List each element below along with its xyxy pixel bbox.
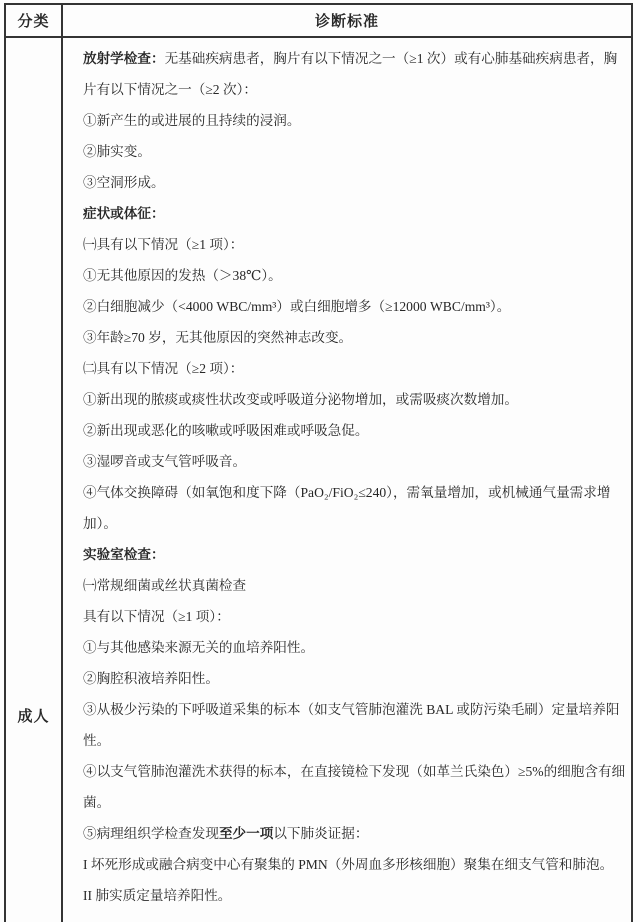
criteria-line: ③湿啰音或支气管呼吸音。 <box>83 446 627 477</box>
criteria-line: ①与其他感染来源无关的血培养阳性。 <box>83 632 627 663</box>
criteria-line: ㈠具有以下情况（≥1 项）： <box>83 229 627 260</box>
criteria-line: ①无其他原因的发热（＞38℃）。 <box>83 260 627 291</box>
text-segment: ⑤病理组织学检查发现 <box>83 826 219 841</box>
criteria-line: ①新出现的脓痰或痰性状改变或呼吸道分泌物增加，或需吸痰次数增加。 <box>83 384 627 415</box>
text-segment: ①新产生的或进展的且持续的浸润。 <box>83 113 301 128</box>
table-header-row: 分类 诊断标准 <box>6 5 631 38</box>
criteria-line: ②新出现或恶化的咳嗽或呼吸困难或呼吸急促。 <box>83 415 627 446</box>
criteria-line: ②肺实变。 <box>83 136 627 167</box>
text-segment: 实验室检查： <box>83 547 165 562</box>
text-segment: ③空洞形成。 <box>83 175 165 190</box>
text-segment: ①无其他原因的发热（＞38℃）。 <box>83 268 282 283</box>
text-segment: ④气体交换障碍（如氧饱和度下降（PaO₂/FiO₂≤240），需氧量增加，或机械… <box>83 485 610 531</box>
text-segment: ②白细胞减少（<4000 WBC/mm³）或白细胞增多（≥12000 WBC/m… <box>83 299 510 314</box>
criteria-line: ③年龄≥70 岁，无其他原因的突然神志改变。 <box>83 322 627 353</box>
text-segment: ②胸腔积液培养阳性。 <box>83 671 219 686</box>
column-header-category: 分类 <box>6 5 63 36</box>
text-segment: ㈠具有以下情况（≥1 项）： <box>83 237 243 252</box>
text-segment: ③年龄≥70 岁，无其他原因的突然神志改变。 <box>83 330 352 345</box>
criteria-line: II 肺实质定量培养阳性。 <box>83 880 627 911</box>
criteria-line: 具有以下情况（≥1 项）： <box>83 601 627 632</box>
text-segment: ㈡具有以下情况（≥2 项）： <box>83 361 243 376</box>
text-segment: ③从极少污染的下呼吸道采集的标本（如支气管肺泡灌洗 BAL 或防污染毛刷）定量培… <box>83 702 619 748</box>
criteria-cell: 放射学检查：无基础疾病患者，胸片有以下情况之一（≥1 次）或有心肺基础疾病患者，… <box>63 38 631 922</box>
criteria-line: ㈡具有以下情况（≥2 项）： <box>83 353 627 384</box>
criteria-line: 实验室检查： <box>83 539 627 570</box>
criteria-line: ③空洞形成。 <box>83 167 627 198</box>
category-label-adult: 成人 <box>6 707 61 727</box>
criteria-line: ④以支气管肺泡灌洗术获得的标本，在直接镜检下发现（如革兰氏染色）≥5%的细胞含有… <box>83 756 627 818</box>
criteria-line: ⑤病理组织学检查发现至少一项以下肺炎证据： <box>83 818 627 849</box>
criteria-line: 放射学检查：无基础疾病患者，胸片有以下情况之一（≥1 次）或有心肺基础疾病患者，… <box>83 43 627 105</box>
criteria-line: 症状或体征： <box>83 198 627 229</box>
table-body-row: 成人 放射学检查：无基础疾病患者，胸片有以下情况之一（≥1 次）或有心肺基础疾病… <box>6 38 631 922</box>
criteria-line: ③从极少污染的下呼吸道采集的标本（如支气管肺泡灌洗 BAL 或防污染毛刷）定量培… <box>83 694 627 756</box>
document-page: 分类 诊断标准 成人 放射学检查：无基础疾病患者，胸片有以下情况之一（≥1 次）… <box>0 0 640 922</box>
text-segment: ㈠常规细菌或丝状真菌检查 <box>83 578 246 593</box>
text-segment: ①新出现的脓痰或痰性状改变或呼吸道分泌物增加，或需吸痰次数增加。 <box>83 392 518 407</box>
text-segment: 以下肺炎证据： <box>273 826 368 841</box>
criteria-line: I 坏死形成或融合病变中心有聚集的 PMN（外周血多形核细胞）聚集在细支气管和肺… <box>83 849 627 880</box>
criteria-line: ④气体交换障碍（如氧饱和度下降（PaO₂/FiO₂≤240），需氧量增加，或机械… <box>83 477 627 539</box>
criteria-line: ②白细胞减少（<4000 WBC/mm³）或白细胞增多（≥12000 WBC/m… <box>83 291 627 322</box>
criteria-line: ②胸腔积液培养阳性。 <box>83 663 627 694</box>
text-segment: ①与其他感染来源无关的血培养阳性。 <box>83 640 314 655</box>
text-segment: ②新出现或恶化的咳嗽或呼吸困难或呼吸急促。 <box>83 423 368 438</box>
text-segment: ②肺实变。 <box>83 144 151 159</box>
text-segment: ③湿啰音或支气管呼吸音。 <box>83 454 246 469</box>
text-segment: 症状或体征： <box>83 206 165 221</box>
text-segment: 放射学检查： <box>83 51 165 66</box>
criteria-line: ㈠常规细菌或丝状真菌检查 <box>83 570 627 601</box>
criteria-line: ①新产生的或进展的且持续的浸润。 <box>83 105 627 136</box>
text-segment: ④以支气管肺泡灌洗术获得的标本，在直接镜检下发现（如革兰氏染色）≥5%的细胞含有… <box>83 764 625 810</box>
text-segment: I 坏死形成或融合病变中心有聚集的 PMN（外周血多形核细胞）聚集在细支气管和肺… <box>83 857 613 872</box>
text-segment: 至少一项 <box>219 826 273 841</box>
category-cell: 成人 <box>6 38 63 922</box>
diagnostic-criteria-table: 分类 诊断标准 成人 放射学检查：无基础疾病患者，胸片有以下情况之一（≥1 次）… <box>4 3 633 922</box>
text-segment: II 肺实质定量培养阳性。 <box>83 888 231 903</box>
column-header-criteria: 诊断标准 <box>63 5 631 36</box>
text-segment: 具有以下情况（≥1 项）： <box>83 609 230 624</box>
